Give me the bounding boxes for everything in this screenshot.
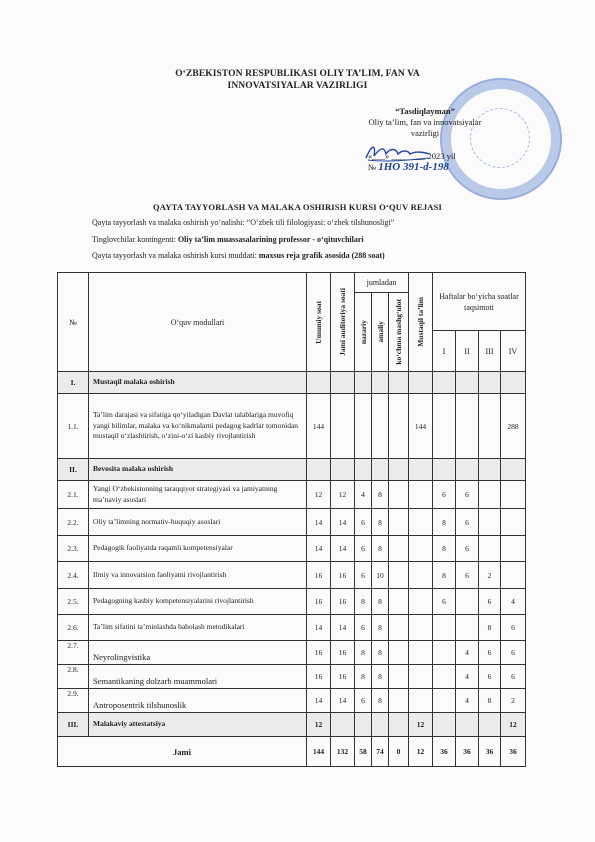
hours-cell bbox=[389, 509, 409, 536]
hours-cell bbox=[372, 713, 389, 737]
hours-cell bbox=[372, 372, 389, 394]
hours-cell: 8 bbox=[479, 615, 501, 641]
row-number: 2.7. bbox=[58, 641, 89, 665]
total-hours-cell: 74 bbox=[372, 737, 389, 767]
header-week-3: III bbox=[479, 331, 501, 372]
hours-cell: 6 bbox=[456, 481, 479, 509]
header-total-hours: Umumiy soat bbox=[307, 273, 331, 372]
total-hours-cell: 36 bbox=[501, 737, 526, 767]
row-number: 2.8. bbox=[58, 665, 89, 689]
hours-cell bbox=[433, 641, 456, 665]
hours-cell: 8 bbox=[372, 481, 389, 509]
hours-cell: 4 bbox=[355, 481, 372, 509]
module-name: Pedagogik faoliyatda raqamli kompetensiy… bbox=[89, 536, 307, 562]
hours-cell bbox=[372, 459, 389, 481]
row-number: 1.1. bbox=[58, 394, 89, 459]
hours-cell: 8 bbox=[372, 589, 389, 615]
hours-cell: 8 bbox=[355, 641, 372, 665]
hours-cell bbox=[501, 372, 526, 394]
row-number: I. bbox=[58, 372, 89, 394]
hours-cell: 16 bbox=[331, 665, 355, 689]
hours-cell: 6 bbox=[456, 562, 479, 589]
hours-cell bbox=[456, 459, 479, 481]
hours-cell bbox=[331, 394, 355, 459]
hours-cell: 6 bbox=[479, 589, 501, 615]
hours-cell bbox=[409, 481, 433, 509]
hours-cell bbox=[479, 536, 501, 562]
hours-cell bbox=[307, 459, 331, 481]
hours-cell bbox=[479, 713, 501, 737]
hours-cell: 288 bbox=[501, 394, 526, 459]
row-number: 2.3. bbox=[58, 536, 89, 562]
hours-cell: 6 bbox=[479, 641, 501, 665]
hours-cell bbox=[389, 615, 409, 641]
hours-cell bbox=[501, 536, 526, 562]
header-no: № bbox=[58, 273, 89, 372]
hours-cell bbox=[501, 481, 526, 509]
header-modules: O‘quv modullari bbox=[89, 273, 307, 372]
hours-cell bbox=[433, 615, 456, 641]
hours-cell: 12 bbox=[307, 713, 331, 737]
hours-cell: 14 bbox=[307, 689, 331, 713]
hours-cell bbox=[409, 536, 433, 562]
hours-cell: 8 bbox=[372, 509, 389, 536]
approval-heading: “Tasdiqlayman” bbox=[340, 106, 510, 117]
curriculum-table: № O‘quv modullari Umumiy soat Jami audit… bbox=[57, 272, 526, 767]
module-name: Malakaviy attestatsiya bbox=[89, 713, 307, 737]
section-row: II.Bevosita malaka oshirish bbox=[58, 459, 526, 481]
table-row: 2.7.Neyrolingvistika161688466 bbox=[58, 641, 526, 665]
hours-cell bbox=[389, 665, 409, 689]
hours-cell bbox=[331, 372, 355, 394]
module-name: Ilmiy va innovatsion faoliyatni rivojlan… bbox=[89, 562, 307, 589]
total-hours-cell: 58 bbox=[355, 737, 372, 767]
hours-cell bbox=[409, 641, 433, 665]
hours-cell: 144 bbox=[409, 394, 433, 459]
hours-cell: 8 bbox=[479, 689, 501, 713]
hours-cell bbox=[389, 536, 409, 562]
table-row: 1.1.Ta’lim darajasi va sifatiga qo‘yilad… bbox=[58, 394, 526, 459]
total-hours-cell: 36 bbox=[433, 737, 456, 767]
hours-cell bbox=[409, 689, 433, 713]
hours-cell bbox=[389, 481, 409, 509]
hours-cell: 14 bbox=[331, 536, 355, 562]
hours-cell: 6 bbox=[433, 481, 456, 509]
hours-cell: 8 bbox=[355, 589, 372, 615]
hours-cell bbox=[409, 615, 433, 641]
hours-cell: 16 bbox=[307, 589, 331, 615]
table-row: 2.1.Yangi O‘zbekistonning taraqqiyot str… bbox=[58, 481, 526, 509]
hours-cell bbox=[501, 562, 526, 589]
module-name: Antroposentrik tilshunoslik bbox=[89, 689, 307, 713]
hours-cell bbox=[479, 459, 501, 481]
hours-cell bbox=[355, 372, 372, 394]
row-number: 2.5. bbox=[58, 589, 89, 615]
section-row: III.Malakaviy attestatsiya121212 bbox=[58, 713, 526, 737]
duration-value: maxsus reja grafik asosida (288 soat) bbox=[259, 251, 385, 260]
hours-cell: 8 bbox=[372, 641, 389, 665]
hours-cell: 8 bbox=[433, 536, 456, 562]
table-row: 2.3.Pedagogik faoliyatda raqamli kompete… bbox=[58, 536, 526, 562]
hours-cell bbox=[479, 394, 501, 459]
hours-cell bbox=[389, 372, 409, 394]
hours-cell: 16 bbox=[331, 641, 355, 665]
hours-cell: 14 bbox=[331, 689, 355, 713]
hours-cell: 8 bbox=[372, 665, 389, 689]
hours-cell: 6 bbox=[355, 536, 372, 562]
row-number: 2.6. bbox=[58, 615, 89, 641]
hours-cell bbox=[355, 394, 372, 459]
table-row: 2.6.Ta’lim sifatini ta’minlashda baholas… bbox=[58, 615, 526, 641]
hours-cell: 2 bbox=[501, 689, 526, 713]
row-number: 2.1. bbox=[58, 481, 89, 509]
header-week-4: IV bbox=[501, 331, 526, 372]
hours-cell: 6 bbox=[355, 615, 372, 641]
hours-cell bbox=[501, 509, 526, 536]
hours-cell bbox=[479, 372, 501, 394]
total-hours-cell: 0 bbox=[389, 737, 409, 767]
module-name: Oliy ta’limning normativ-huquqiy asoslar… bbox=[89, 509, 307, 536]
hours-cell: 6 bbox=[479, 665, 501, 689]
module-name: Pedagogning kasbiy kompetensiyalarini ri… bbox=[89, 589, 307, 615]
hours-cell bbox=[389, 394, 409, 459]
hours-cell bbox=[433, 372, 456, 394]
duration-line: Qayta tayyorlash va malaka oshirish kurs… bbox=[92, 250, 385, 261]
hours-cell bbox=[433, 459, 456, 481]
hours-cell bbox=[331, 713, 355, 737]
hours-cell: 14 bbox=[331, 615, 355, 641]
total-hours-cell: 36 bbox=[456, 737, 479, 767]
hours-cell: 6 bbox=[355, 509, 372, 536]
hours-cell bbox=[409, 665, 433, 689]
contingent-value: Oliy ta’lim muassasalarining professor -… bbox=[178, 235, 364, 244]
section-row: I.Mustaqil malaka oshirish bbox=[58, 372, 526, 394]
hours-cell bbox=[389, 689, 409, 713]
hours-cell: 8 bbox=[372, 689, 389, 713]
contingent-label: Tinglovchilar kontingenti: bbox=[92, 235, 178, 244]
hours-cell bbox=[389, 713, 409, 737]
total-hours-cell: 36 bbox=[479, 737, 501, 767]
direction-line: Qayta tayyorlash va malaka oshirish yo‘n… bbox=[92, 217, 394, 228]
module-name: Ta’lim sifatini ta’minlashda baholash me… bbox=[89, 615, 307, 641]
contingent-line: Tinglovchilar kontingenti: Oliy ta’lim m… bbox=[92, 234, 364, 245]
hours-cell bbox=[372, 394, 389, 459]
hours-cell: 10 bbox=[372, 562, 389, 589]
hours-cell: 12 bbox=[501, 713, 526, 737]
table-row: 2.8.Semantikaning dolzarb muammolari1616… bbox=[58, 665, 526, 689]
hours-cell: 14 bbox=[307, 509, 331, 536]
header-field-training: ko‘chma mashg‘ulot bbox=[389, 293, 409, 372]
hours-cell bbox=[409, 372, 433, 394]
hours-cell: 8 bbox=[433, 562, 456, 589]
hours-cell: 6 bbox=[355, 562, 372, 589]
hours-cell: 8 bbox=[372, 536, 389, 562]
row-number: 2.2. bbox=[58, 509, 89, 536]
hours-cell: 12 bbox=[409, 713, 433, 737]
signature-icon bbox=[362, 142, 432, 164]
duration-label: Qayta tayyorlash va malaka oshirish kurs… bbox=[92, 251, 259, 260]
hours-cell: 16 bbox=[307, 665, 331, 689]
hours-cell: 144 bbox=[307, 394, 331, 459]
header-week-1: I bbox=[433, 331, 456, 372]
hours-cell bbox=[456, 394, 479, 459]
hours-cell bbox=[456, 615, 479, 641]
hours-cell bbox=[389, 641, 409, 665]
module-name: Semantikaning dolzarb muammolari bbox=[89, 665, 307, 689]
hours-cell: 8 bbox=[433, 509, 456, 536]
hours-cell: 12 bbox=[331, 481, 355, 509]
hours-cell: 2 bbox=[479, 562, 501, 589]
hours-cell bbox=[389, 459, 409, 481]
hours-cell: 8 bbox=[355, 665, 372, 689]
hours-cell bbox=[433, 689, 456, 713]
hours-cell: 14 bbox=[331, 509, 355, 536]
total-hours-cell: 12 bbox=[409, 737, 433, 767]
hours-cell bbox=[433, 665, 456, 689]
header-weekly-distribution: Haftalar bo‘yicha soatlar taqsimoti bbox=[433, 273, 526, 331]
hours-cell: 14 bbox=[307, 615, 331, 641]
hours-cell: 4 bbox=[501, 589, 526, 615]
row-number: II. bbox=[58, 459, 89, 481]
hours-cell bbox=[433, 394, 456, 459]
total-row: Jami144132587401236363636 bbox=[58, 737, 526, 767]
table-row: 2.9.Antroposentrik tilshunoslik141468482 bbox=[58, 689, 526, 713]
hours-cell: 16 bbox=[307, 641, 331, 665]
row-number: 2.4. bbox=[58, 562, 89, 589]
module-name: Mustaqil malaka oshirish bbox=[89, 372, 307, 394]
direction-label: Qayta tayyorlash va malaka oshirish yo‘n… bbox=[92, 218, 247, 227]
hours-cell: 4 bbox=[456, 665, 479, 689]
table-row: 2.5.Pedagogning kasbiy kompetensiyalarin… bbox=[58, 589, 526, 615]
hours-cell bbox=[307, 372, 331, 394]
total-label: Jami bbox=[58, 737, 307, 767]
hours-cell: 4 bbox=[456, 641, 479, 665]
hours-cell: 14 bbox=[307, 536, 331, 562]
curriculum-table-body: I.Mustaqil malaka oshirish1.1.Ta’lim dar… bbox=[58, 372, 526, 767]
hours-cell: 12 bbox=[307, 481, 331, 509]
hours-cell: 6 bbox=[501, 615, 526, 641]
hours-cell bbox=[456, 713, 479, 737]
header-practice: amaliy bbox=[372, 293, 389, 372]
hours-cell bbox=[479, 509, 501, 536]
table-row: 2.2.Oliy ta’limning normativ-huquqiy aso… bbox=[58, 509, 526, 536]
hours-cell: 6 bbox=[433, 589, 456, 615]
total-hours-cell: 144 bbox=[307, 737, 331, 767]
hours-cell: 16 bbox=[331, 589, 355, 615]
hours-cell bbox=[409, 459, 433, 481]
hours-cell bbox=[355, 459, 372, 481]
header-classroom-hours: Jami auditoriya soati bbox=[331, 273, 355, 372]
row-number: III. bbox=[58, 713, 89, 737]
module-name: Neyrolingvistika bbox=[89, 641, 307, 665]
hours-cell: 8 bbox=[372, 615, 389, 641]
hours-cell bbox=[355, 713, 372, 737]
module-name: Ta’lim darajasi va sifatiga qo‘yiladigan… bbox=[89, 394, 307, 459]
hours-cell: 16 bbox=[307, 562, 331, 589]
header-including: jumladan bbox=[355, 273, 409, 293]
header-theory: nazariy bbox=[355, 293, 372, 372]
row-number: 2.9. bbox=[58, 689, 89, 713]
hours-cell bbox=[479, 481, 501, 509]
hours-cell: 6 bbox=[456, 509, 479, 536]
hours-cell bbox=[389, 589, 409, 615]
header-week-2: II bbox=[456, 331, 479, 372]
hours-cell: 16 bbox=[331, 562, 355, 589]
hours-cell bbox=[331, 459, 355, 481]
hours-cell: 6 bbox=[501, 641, 526, 665]
hours-cell bbox=[409, 509, 433, 536]
hours-cell bbox=[456, 589, 479, 615]
hours-cell bbox=[456, 372, 479, 394]
hours-cell: 6 bbox=[456, 536, 479, 562]
header-self-study: Mustaqil ta’lim bbox=[409, 273, 433, 372]
hours-cell: 6 bbox=[501, 665, 526, 689]
module-name: Bevosita malaka oshirish bbox=[89, 459, 307, 481]
hours-cell bbox=[409, 562, 433, 589]
total-hours-cell: 132 bbox=[331, 737, 355, 767]
hours-cell bbox=[433, 713, 456, 737]
hours-cell: 4 bbox=[456, 689, 479, 713]
document-heading: QAYTA TAYYORLASH VA MALAKA OSHIRISH KURS… bbox=[0, 202, 595, 212]
module-name: Yangi O‘zbekistonning taraqqiyot strateg… bbox=[89, 481, 307, 509]
hours-cell bbox=[389, 562, 409, 589]
hours-cell: 6 bbox=[355, 689, 372, 713]
table-row: 2.4.Ilmiy va innovatsion faoliyatni rivo… bbox=[58, 562, 526, 589]
approval-line-2: vazirligi bbox=[340, 128, 510, 139]
hours-cell bbox=[409, 589, 433, 615]
hours-cell bbox=[501, 459, 526, 481]
direction-value: “O‘zbek tili filologiyasi: o‘zbek tilshu… bbox=[247, 218, 395, 227]
approval-line-1: Oliy ta’lim, fan va innovatsiyalar bbox=[340, 117, 510, 128]
